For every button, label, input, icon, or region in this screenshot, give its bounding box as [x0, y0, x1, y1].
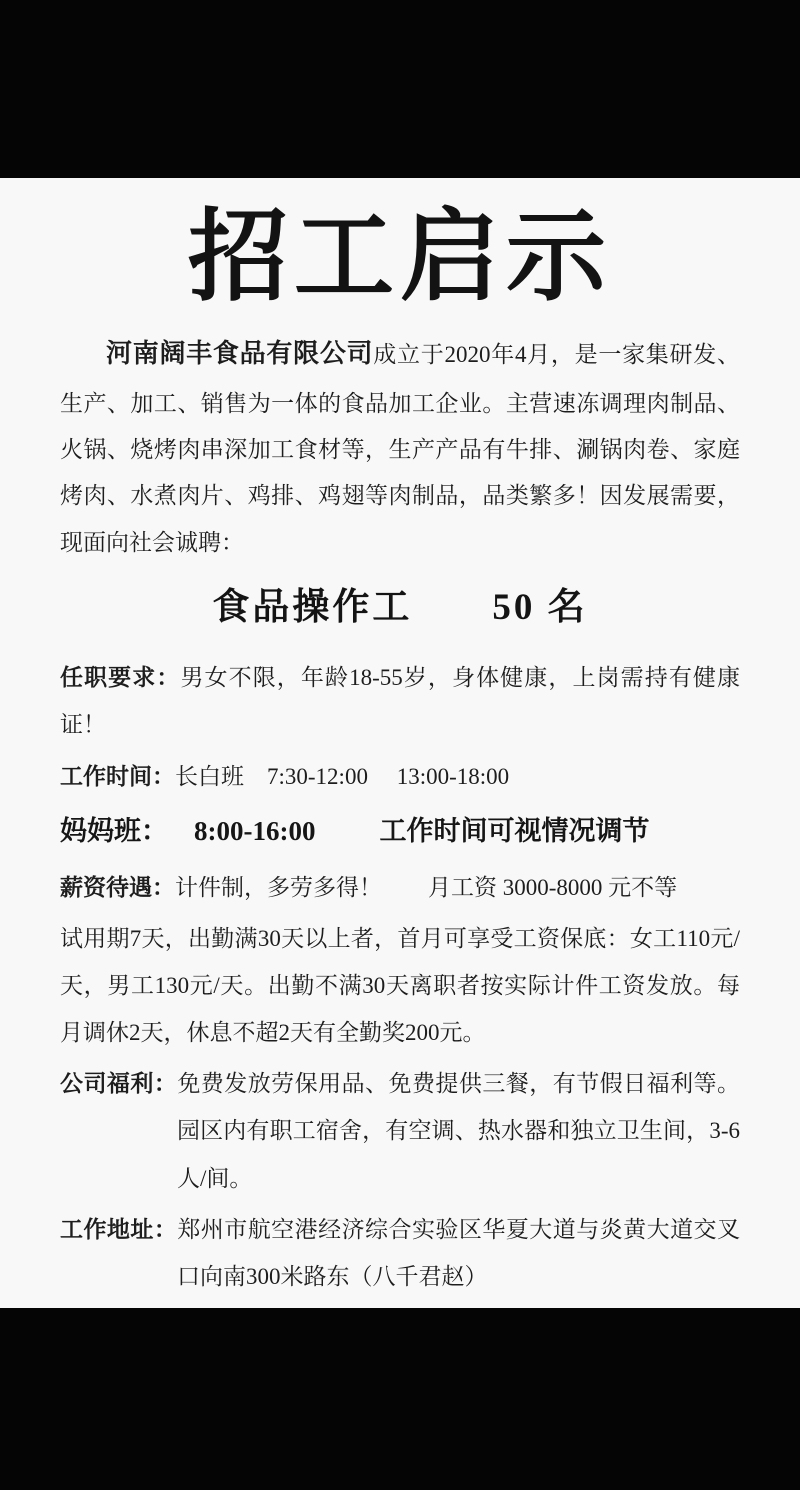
mama-shift-time: 8:00-16:00: [194, 816, 315, 846]
notice-details: 任职要求：男女不限，年龄18-55岁，身体健康，上岗需持有健康证！ 工作时间：长…: [60, 654, 740, 1308]
mama-shift-row: 妈妈班：8:00-16:00工作时间可视情况调节: [60, 807, 740, 857]
welfare-row: 公司福利：免费发放劳保用品、免费提供三餐，有节假日福利等。园区内有职工宿舍，有空…: [60, 1060, 740, 1201]
letterbox-bottom: [0, 1308, 800, 1490]
address-label: 工作地址：: [60, 1217, 177, 1242]
salary-detail-paragraph: 试用期7天，出勤满30天以上者，首月可享受工资保底：女工110元/天，男工130…: [60, 915, 740, 1056]
letterbox-top: [0, 0, 800, 178]
work-time-label: 工作时间：: [60, 764, 175, 789]
notice-paper: 招工启示 河南阔丰食品有限公司成立于2020年4月，是一家集研发、生产、加工、销…: [0, 178, 800, 1308]
mama-shift-note: 工作时间可视情况调节: [379, 816, 649, 846]
notice-title: 招工启示: [0, 202, 800, 314]
salary-row: 薪资待遇：计件制，多劳多得！ 月工资 3000-8000 元不等: [60, 864, 740, 911]
requirements-label: 任职要求：: [60, 665, 180, 690]
company-intro-paragraph: 河南阔丰食品有限公司成立于2020年4月，是一家集研发、生产、加工、销售为一体的…: [60, 328, 740, 566]
welfare-text: 免费发放劳保用品、免费提供三餐，有节假日福利等。园区内有职工宿舍，有空调、热水器…: [177, 1071, 740, 1190]
welfare-label: 公司福利：: [60, 1071, 177, 1096]
recruitment-notice-photo: { "page": { "bar_color": "#050505", "pap…: [0, 0, 800, 1490]
work-time-text: 长白班 7:30-12:00 13:00-18:00: [175, 764, 509, 789]
requirements-row: 任职要求：男女不限，年龄18-55岁，身体健康，上岗需持有健康证！: [60, 654, 740, 748]
salary-label: 薪资待遇：: [60, 875, 175, 900]
company-name: 河南阔丰食品有限公司: [106, 339, 373, 368]
work-time-row: 工作时间：长白班 7:30-12:00 13:00-18:00: [60, 753, 740, 800]
address-text: 郑州市航空港经济综合实验区华夏大道与炎黄大道交叉口向南300米路东（八千君赵）: [177, 1217, 740, 1289]
mama-shift-label: 妈妈班：: [60, 816, 168, 846]
position-headline: 食品操作工 50 名: [0, 576, 800, 630]
company-intro-text: 成立于2020年4月，是一家集研发、生产、加工、销售为一体的食品加工企业。主营速…: [60, 342, 740, 555]
salary-text: 计件制，多劳多得！ 月工资 3000-8000 元不等: [175, 875, 677, 900]
address-row: 工作地址：郑州市航空港经济综合实验区华夏大道与炎黄大道交叉口向南300米路东（八…: [60, 1206, 740, 1300]
